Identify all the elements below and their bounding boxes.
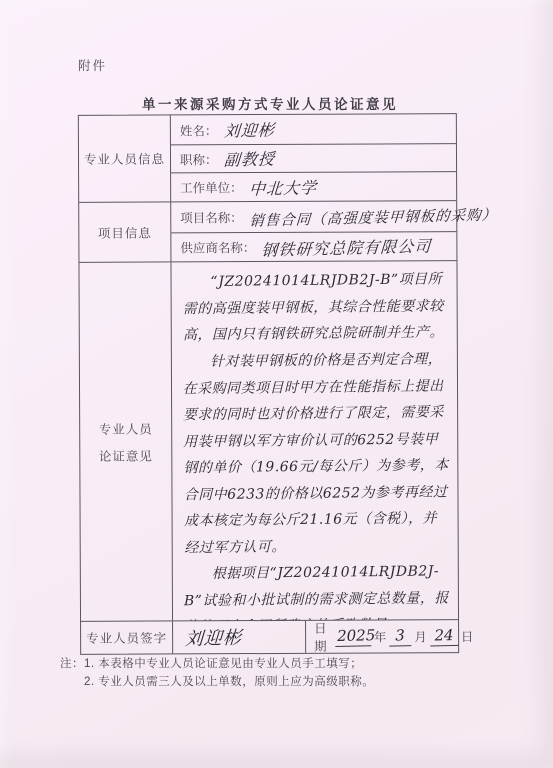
personnel-group-label: 专业人员信息	[79, 115, 171, 201]
document-title: 单一来源采购方式专业人员论证意见	[0, 93, 540, 113]
field-row-title: 职称： 副教授	[171, 144, 456, 173]
name-field-label: 姓名：	[180, 121, 218, 139]
opinion-paragraph: 根据项目“JZ20241014LRJDB2J-B”试验和小批试制的需求测定总数量…	[183, 558, 450, 621]
title-field-value-handwritten: 副教授	[223, 146, 275, 170]
project-group-label-text: 项目信息	[98, 223, 152, 241]
date-cell: 日期 2025 年 3 月 24 日	[306, 620, 478, 653]
project-fields: 项目名称： 销售合同（高强度装甲钢板的采购） 供应商名称： 钢铁研究总院有限公司	[171, 201, 456, 261]
opinion-group-label-line2: 论证意见	[99, 446, 153, 464]
date-month-unit: 月	[414, 627, 427, 645]
footnotes-list: 1. 本表格中专业人员论证意见由专业人员手工填写； 2. 专业人员需三人及以上单…	[84, 656, 374, 691]
signature-handwritten-name: 刘迎彬	[184, 623, 243, 650]
signature-label: 专业人员签字	[81, 621, 173, 653]
project-name-field-value-handwritten: 销售合同（高强度装甲钢板的采购）	[248, 203, 497, 230]
field-row-workunit: 工作单位： 中北大学	[171, 172, 456, 201]
date-month-handwritten: 3	[389, 626, 411, 646]
opinion-form-table: 专业人员信息 姓名： 刘迎彬 职称： 副教授 工作单位： 中北大学	[78, 113, 459, 655]
opinion-group-label-line1: 专业人员	[99, 419, 153, 437]
date-day-handwritten: 24	[430, 626, 458, 647]
signature-group: 专业人员签字 刘迎彬 日期 2025 年 3 月 24 日	[81, 620, 458, 654]
footnotes: 注： 1. 本表格中专业人员论证意见由专业人员手工填写； 2. 专业人员需三人及…	[60, 656, 374, 691]
footnotes-prefix: 注：	[60, 656, 84, 691]
date-year-unit: 年	[374, 627, 387, 645]
supplier-field-label: 供应商名称：	[180, 238, 255, 256]
opinion-handwritten-text: “JZ20241014LRJDB2J-B”项目所需的高强度装甲钢板，其综合性能要…	[171, 261, 458, 620]
date-day-unit: 日	[461, 627, 474, 645]
personnel-info-group: 专业人员信息 姓名： 刘迎彬 职称： 副教授 工作单位： 中北大学	[79, 114, 456, 203]
footnote-item: 2. 专业人员需三人及以上单数，原则上应为高级职称。	[84, 674, 374, 692]
field-row-name: 姓名： 刘迎彬	[171, 114, 456, 145]
title-field-label: 职称：	[180, 150, 218, 168]
opinion-group-label: 专业人员 论证意见	[79, 262, 173, 620]
attachment-label: 附件	[78, 56, 107, 74]
signature-cell: 刘迎彬	[173, 621, 306, 654]
supplier-field-value-handwritten: 钢铁研究总院有限公司	[261, 233, 432, 260]
field-row-project-name: 项目名称： 销售合同（高强度装甲钢板的采购）	[171, 201, 456, 233]
workunit-field-label: 工作单位：	[180, 178, 243, 196]
signature-label-text: 专业人员签字	[86, 628, 167, 646]
scanned-document-page: 附件 单一来源采购方式专业人员论证意见 专业人员信息 姓名： 刘迎彬 职称： 副…	[0, 0, 553, 768]
footnote-item: 1. 本表格中专业人员论证意见由专业人员手工填写；	[84, 656, 374, 674]
workunit-field-value-handwritten: 中北大学	[248, 175, 317, 200]
field-row-supplier: 供应商名称： 钢铁研究总院有限公司	[171, 232, 456, 261]
date-label: 日期	[314, 619, 333, 655]
opinion-group: 专业人员 论证意见 “JZ20241014LRJDB2J-B”项目所需的高强度装…	[79, 261, 458, 622]
date-year-handwritten: 2025	[335, 626, 371, 647]
project-name-field-label: 项目名称：	[180, 208, 243, 226]
personnel-group-label-text: 专业人员信息	[84, 149, 165, 167]
project-group-label: 项目信息	[79, 202, 171, 261]
personnel-fields: 姓名： 刘迎彬 职称： 副教授 工作单位： 中北大学	[171, 114, 456, 201]
name-field-value-handwritten: 刘迎彬	[223, 117, 275, 141]
project-info-group: 项目信息 项目名称： 销售合同（高强度装甲钢板的采购） 供应商名称： 钢铁研究总…	[79, 201, 456, 263]
opinion-paragraph: 针对装甲钢板的价格是否判定合理，在采购同类项目时甲方在性能指标上提出要求的同时也…	[182, 346, 450, 561]
opinion-paragraph: “JZ20241014LRJDB2J-B”项目所需的高强度装甲钢板，其综合性能要…	[182, 266, 449, 349]
